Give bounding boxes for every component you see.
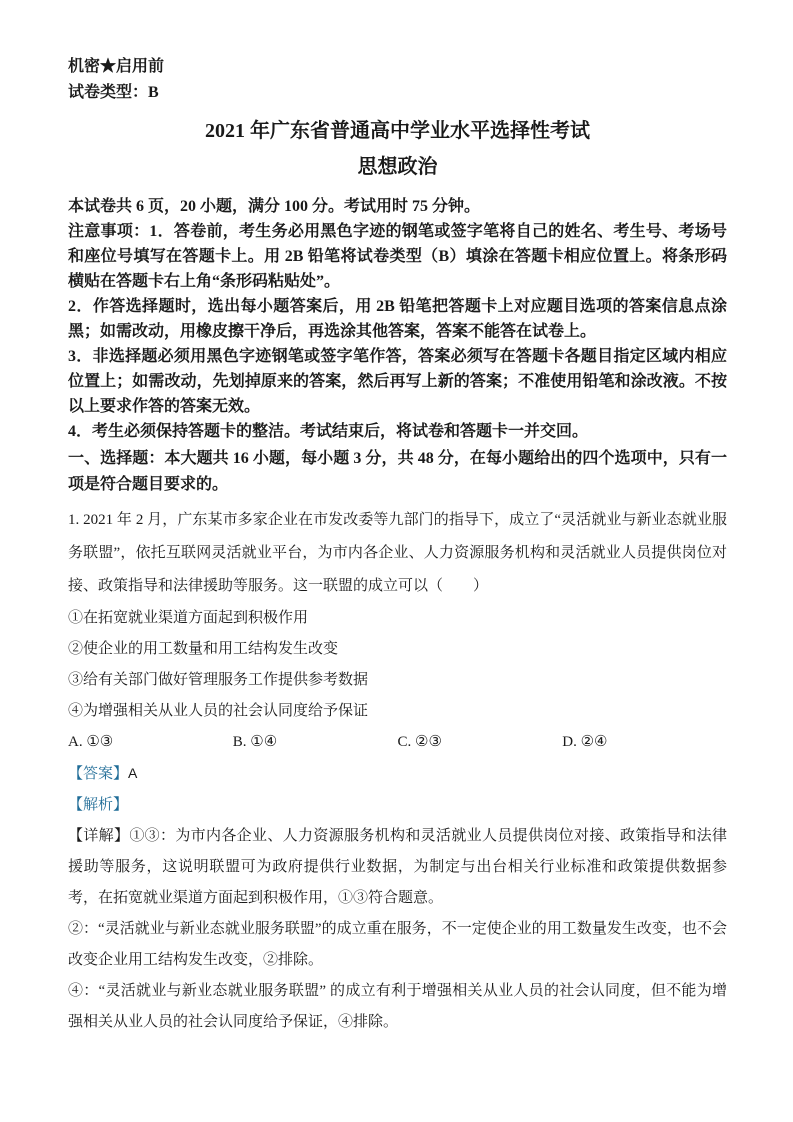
secrecy-label: 机密★启用前	[68, 54, 727, 80]
question-statement-2: ②使企业的用工数量和用工结构发生改变	[68, 634, 727, 665]
notice-item-3: 3．非选择题必须用黑色字迹钢笔或签字笔作答，答案必须写在答题卡各题目指定区域内相…	[68, 344, 727, 419]
notice-item-4: 4．考生必须保持答题卡的整洁。考试结束后，将试卷和答题卡一并交回。	[68, 419, 727, 444]
analysis-label: 【解析】	[68, 797, 128, 813]
option-a: A. ①③	[68, 727, 233, 758]
exam-document-page: 机密★启用前 试卷类型：B 2021 年广东省普通高中学业水平选择性考试 思想政…	[0, 0, 793, 1122]
section-heading: 一、选择题：本大题共 16 小题，每小题 3 分，共 48 分，在每小题给出的四…	[68, 446, 727, 498]
detail-paragraph-3: ④：“灵活就业与新业态就业服务联盟” 的成立有利于增强相关从业人员的社会认同度，…	[68, 976, 727, 1038]
notice-item-2: 2．作答选择题时，选出每小题答案后，用 2B 铅笔把答题卡上对应题目选项的答案信…	[68, 294, 727, 344]
options-row: A. ①③ B. ①④ C. ②③ D. ②④	[68, 727, 727, 758]
exam-subject: 思想政治	[68, 152, 727, 182]
question-statement-1: ①在拓宽就业渠道方面起到积极作用	[68, 603, 727, 634]
analysis-line: 【解析】	[68, 790, 727, 821]
question-1: 1. 2021 年 2 月，广东某市多家企业在市发改委等九部门的指导下，成立了“…	[68, 504, 727, 1038]
paper-type-label: 试卷类型：B	[68, 80, 727, 106]
exam-info-line: 本试卷共 6 页，20 小题，满分 100 分。考试用时 75 分钟。	[68, 194, 727, 219]
option-d: D. ②④	[562, 727, 727, 758]
question-stem: 1. 2021 年 2 月，广东某市多家企业在市发改委等九部门的指导下，成立了“…	[68, 504, 727, 603]
question-statement-4: ④为增强相关从业人员的社会认同度给予保证	[68, 696, 727, 727]
detail-paragraph-1: 【详解】①③：为市内各企业、人力资源服务机构和灵活就业人员提供岗位对接、政策指导…	[68, 821, 727, 914]
answer-value: A	[128, 765, 137, 781]
answer-label: 【答案】	[68, 766, 128, 782]
option-b: B. ①④	[233, 727, 398, 758]
detail-paragraph-2: ②：“灵活就业与新业态就业服务联盟”的成立重在服务，不一定使企业的用工数量发生改…	[68, 914, 727, 976]
option-c: C. ②③	[398, 727, 563, 758]
answer-line: 【答案】A	[68, 758, 727, 790]
exam-title: 2021 年广东省普通高中学业水平选择性考试	[68, 116, 727, 146]
document-header: 机密★启用前 试卷类型：B	[68, 54, 727, 106]
notice-item-1: 注意事项：1．答卷前，考生务必用黑色字迹的钢笔或签字笔将自己的姓名、考生号、考场…	[68, 219, 727, 294]
question-statement-3: ③给有关部门做好管理服务工作提供参考数据	[68, 665, 727, 696]
